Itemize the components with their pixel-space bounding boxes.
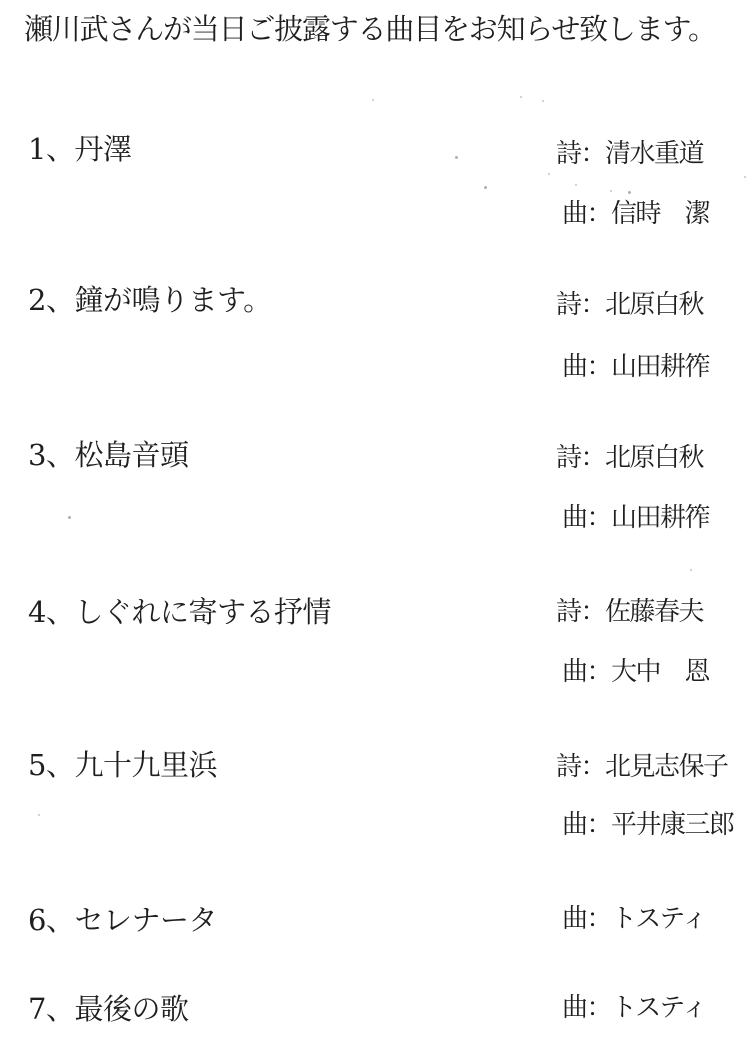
document-page: 瀬川武さんが当日ご披露する曲目をお知らせ致します。 1、丹澤 詩：清水重道 曲：… bbox=[0, 0, 750, 1057]
lyricist-line-5: 詩：北見志保子 bbox=[556, 753, 728, 783]
song-title: 鐘が鳴ります。 bbox=[74, 283, 271, 317]
song-title: セレナータ bbox=[74, 903, 217, 937]
scan-speck bbox=[628, 191, 631, 194]
composer-line-7: 曲：トスティ bbox=[562, 994, 706, 1024]
scan-speck bbox=[484, 186, 487, 189]
song-line-5: 5、九十九里浜 bbox=[28, 749, 217, 782]
composer-line-4: 曲：大中 恩 bbox=[562, 658, 709, 688]
scan-speck bbox=[744, 176, 746, 178]
song-number: 7、 bbox=[28, 992, 74, 1026]
scan-speck bbox=[548, 173, 550, 175]
song-number: 5、 bbox=[28, 748, 74, 782]
lyricist-line-2: 詩：北原白秋 bbox=[556, 291, 703, 321]
composer-line-5: 曲：平井康三郎 bbox=[562, 811, 734, 841]
song-line-3: 3、松島音頭 bbox=[28, 439, 188, 472]
song-line-7: 7、最後の歌 bbox=[28, 993, 188, 1026]
song-title: 松島音頭 bbox=[74, 438, 188, 472]
scan-speck bbox=[542, 100, 544, 102]
scan-speck bbox=[38, 814, 40, 816]
song-title: 丹澤 bbox=[74, 132, 131, 166]
song-line-1: 1、丹澤 bbox=[28, 133, 131, 166]
song-title: 最後の歌 bbox=[74, 992, 188, 1026]
lyricist-line-4: 詩：佐藤春夫 bbox=[556, 598, 703, 628]
song-number: 6、 bbox=[28, 903, 74, 937]
scan-speck bbox=[520, 96, 522, 98]
lyricist-line-1: 詩：清水重道 bbox=[556, 140, 703, 170]
scan-speck bbox=[690, 569, 692, 571]
song-title: しぐれに寄する抒情 bbox=[74, 595, 331, 629]
composer-line-6: 曲：トスティ bbox=[562, 905, 706, 935]
song-number: 3、 bbox=[28, 438, 74, 472]
song-line-2: 2、鐘が鳴ります。 bbox=[28, 284, 272, 317]
song-title: 九十九里浜 bbox=[74, 748, 217, 782]
song-line-4: 4、しぐれに寄する抒情 bbox=[28, 596, 331, 629]
song-line-6: 6、セレナータ bbox=[28, 904, 217, 937]
scan-speck bbox=[372, 99, 374, 101]
composer-line-1: 曲：信時 潔 bbox=[562, 200, 709, 230]
scan-speck bbox=[575, 184, 577, 186]
song-number: 4、 bbox=[28, 595, 74, 629]
song-number: 2、 bbox=[28, 283, 74, 317]
composer-line-2: 曲：山田耕筰 bbox=[562, 353, 709, 383]
scan-speck bbox=[455, 156, 458, 159]
scan-speck bbox=[68, 516, 71, 519]
song-number: 1、 bbox=[28, 132, 74, 166]
lyricist-line-3: 詩：北原白秋 bbox=[556, 444, 703, 474]
intro-text: 瀬川武さんが当日ご披露する曲目をお知らせ致します。 bbox=[24, 13, 716, 46]
scan-speck bbox=[610, 190, 612, 192]
composer-line-3: 曲：山田耕筰 bbox=[562, 504, 709, 534]
